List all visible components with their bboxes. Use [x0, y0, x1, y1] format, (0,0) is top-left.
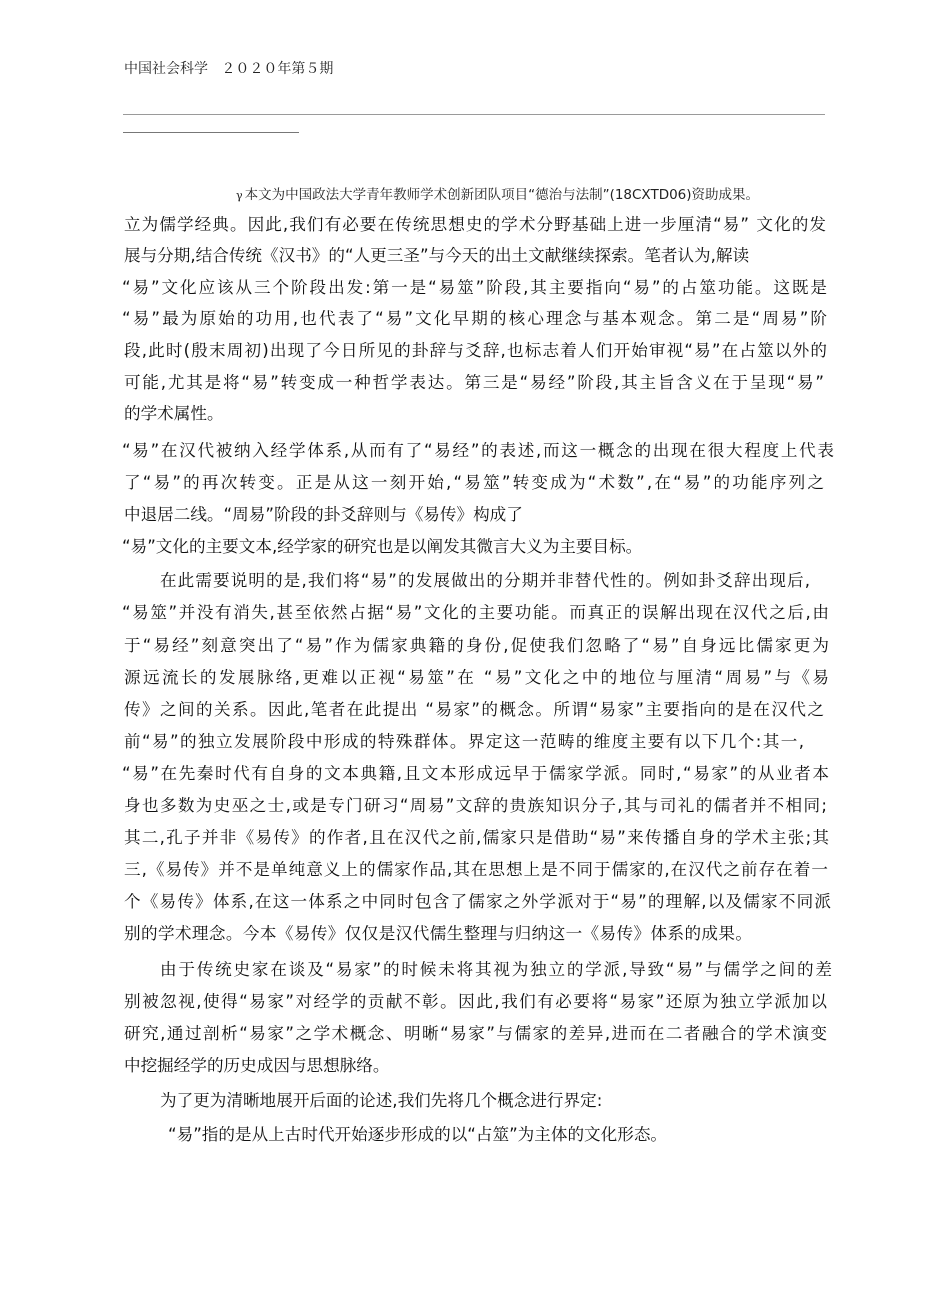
body-line: 身也多数为史巫之士,或是专门研习“周易”文辞的贵族知识分子,其与司礼的儒者并不相…: [124, 796, 828, 816]
body-line: 研究,通过剖析“易家”之学术概念、明晰“易家”与儒家的差异,进而在二者融合的学术…: [124, 1024, 828, 1044]
body-line: “易筮”并没有消失,甚至依然占据“易”文化的主要功能。而真正的误解出现在汉代之后…: [122, 603, 831, 623]
body-line: 别的学术理念。今本《易传》仅仅是汉代儒生整理与归纳这一《易传》体系的成果。: [124, 924, 752, 944]
body-line: 前“易”的独立发展阶段中形成的特殊群体。界定这一范畴的维度主要有以下几个:其一,: [124, 732, 805, 752]
footnote-rule: [123, 132, 299, 133]
running-header: 中国社会科学 ２０２０年第５期: [124, 58, 333, 78]
body-line: “易”文化应该从三个阶段出发:第一是“易筮”阶段,其主要指向“易”的占筮功能。这…: [122, 278, 829, 298]
body-line: “易”在汉代被纳入经学体系,从而有了“易经”的表述,而这一概念的出现在很大程度上…: [122, 441, 836, 461]
body-line: 其二,孔子并非《易传》的作者,且在汉代之前,儒家只是借助“易”来传播自身的学术主…: [124, 828, 830, 848]
body-line: 由于传统史家在谈及“易家”的时候未将其视为独立的学派,导致“易”与儒学之间的差: [160, 960, 834, 980]
body-line: 了“易”的再次转变。正是从这一刻开始,“易筮”转变成为“术数”,在“易”的功能序…: [124, 473, 826, 493]
body-line: 个《易传》体系,在这一体系之中同时包含了儒家之外学派对于“易”的理解,以及儒家不…: [124, 892, 832, 912]
body-line: 中挖掘经学的历史成因与思想脉络。: [124, 1056, 390, 1076]
body-line: 段,此时(殷末周初)出现了今日所见的卦辞与爻辞,也标志着人们开始审视“易”在占筮…: [124, 341, 828, 361]
footnote: γ本文为中国政法大学青年教师学术创新团队项目“德治与法制”(18CXTD06)资…: [236, 183, 759, 203]
body-line: 的学术属性。: [124, 404, 224, 424]
header-rule: [123, 114, 825, 115]
body-line: 在此需要说明的是,我们将“易”的发展做出的分期并非替代性的。例如卦爻辞出现后,: [160, 571, 811, 591]
journal-name: 中国社会科学: [124, 61, 208, 77]
body-line: 中退居二线。“周易”阶段的卦爻辞则与《易传》构成了: [124, 505, 523, 525]
body-line: 源远流长的发展脉络,更难以正视“易筮”在 “易”文化之中的地位与厘清“周易”与《…: [124, 668, 831, 688]
body-line: 三,《易传》并不是单纯意义上的儒家作品,其在思想上是不同于儒家的,在汉代之前存在…: [124, 860, 829, 880]
body-line: 立为儒学经典。因此,我们有必要在传统思想史的学术分野基础上进一步厘清“易” 文化…: [124, 215, 827, 235]
body-line: “易”最为原始的功用,也代表了“易”文化早期的核心理念与基本观念。第二是“周易”…: [122, 309, 829, 329]
footnote-text: 本文为中国政法大学青年教师学术创新团队项目“德治与法制”(18CXTD06)资助…: [245, 187, 759, 203]
body-line: “易”指的是从上古时代开始逐步形成的以“占筮”为主体的文化形态。: [168, 1125, 667, 1145]
body-line: 传》之间的关系。因此,笔者在此提出 “易家”的概念。所谓“易家”主要指向的是在汉…: [124, 700, 825, 720]
body-line: 为了更为清晰地展开后面的论述,我们先将几个概念进行界定:: [160, 1091, 602, 1111]
issue-number: ２０２０年第５期: [221, 61, 333, 77]
body-line: “易”文化的主要文本,经学家的研究也是以阐发其微言大义为主要目标。: [122, 537, 642, 557]
body-line: “易”在先秦时代有自身的文本典籍,且文本形成远早于儒家学派。同时,“易家”的从业…: [122, 764, 831, 784]
footnote-marker: γ: [236, 189, 243, 202]
body-line: 展与分期,结合传统《汉书》的“人更三圣”与今天的出土文献继续探索。笔者认为,解读: [124, 246, 749, 266]
body-line: 别被忽视,使得“易家”对经学的贡献不彰。因此,我们有必要将“易家”还原为独立学派…: [124, 992, 828, 1012]
body-line: 可能,尤其是将“易”转变成一种哲学表达。第三是“易经”阶段,其主旨含义在于呈现“…: [124, 373, 826, 393]
body-line: 于“易经”刻意突出了“易”作为儒家典籍的身份,促使我们忽略了“易”自身远比儒家更…: [124, 636, 831, 656]
